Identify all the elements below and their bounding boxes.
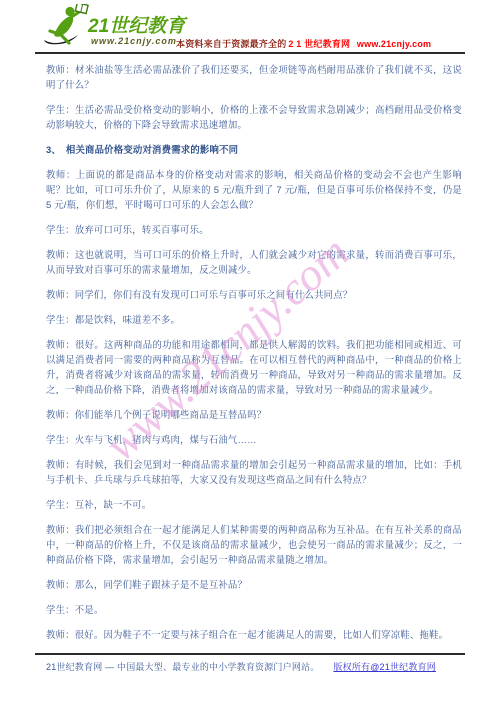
paragraph: 学生：生活必需品受价格变动的影响小，价格的上涨不会导致需求急剧减少；高档耐用品受… <box>46 102 462 132</box>
footer-divider <box>35 653 465 655</box>
paragraph: 教师：很好。因为鞋子不一定要与袜子组合在一起才能满足人的需要，比如人们穿凉鞋、拖… <box>46 627 462 642</box>
paragraph: 教师：很好。这两种商品的功能和用途都相同，都是供人解渴的饮料。我们把功能相同或相… <box>46 337 462 397</box>
paragraph: 教师：那么，同学们鞋子跟袜子是不是互补品？ <box>46 577 462 592</box>
logo-url-text: www.21cnjy.com <box>91 36 177 46</box>
copyright-link[interactable]: 版权所有@21世纪教育网 <box>333 662 436 672</box>
site-logo: 21世纪教育 www.21cnjy.com <box>42 4 192 50</box>
notice-url-link[interactable]: www.21cnjy.com <box>357 39 431 49</box>
paragraph: 学生：互补，缺一不可。 <box>46 497 462 512</box>
paragraph: 教师：这也就说明，当可口可乐的价格上升时，人们就会减少对它的需求量，转而消费百事… <box>46 247 462 277</box>
paragraph: 教师：材米油盐等生活必需品涨价了我们还要买，但金项链等高档耐用品涨价了我们就不买… <box>46 62 462 92</box>
paragraph: 学生：火车与飞机，猪肉与鸡肉，煤与石油气…… <box>46 432 462 447</box>
header-notice: 本资料来自于资源最齐全的2 1 世纪教育网 www.21cnjy.com <box>176 37 431 50</box>
section-heading: 3、 相关商品价格变动对消费需求的影响不同 <box>46 142 462 157</box>
runner-book-icon: 21世纪教育 www.21cnjy.com <box>42 4 192 50</box>
paragraph: 教师：同学们，你们有没有发现可口可乐与百事可乐之间有什么共同点？ <box>46 287 462 302</box>
paragraph: 教师：你们能举几个例子说明哪些商品是互替品吗？ <box>46 407 462 422</box>
paragraph: 学生：不是。 <box>46 602 462 617</box>
document-page: 21世纪教育 www.21cnjy.com 本资料来自于资源最齐全的2 1 世纪… <box>0 0 500 707</box>
header-divider <box>35 52 465 54</box>
notice-brand: 2 1 世纪教育网 <box>288 39 350 49</box>
footer-description: 21世纪教育网 — 中国最大型、最专业的中小学教育资源门户网站。 <box>46 662 319 672</box>
logo-brand-text: 21世纪教育 <box>87 15 188 37</box>
paragraph: 教师：上面说的都是商品本身的价格变动对需求的影响，相关商品价格的变动会不会也产生… <box>46 167 462 212</box>
paragraph: 学生：放弃可口可乐，转买百事可乐。 <box>46 222 462 237</box>
document-body: 教师：材米油盐等生活必需品涨价了我们还要买，但金项链等高档耐用品涨价了我们就不买… <box>46 62 462 652</box>
paragraph: 教师：有时候，我们会见到对一种商品需求量的增加会引起另一种商品需求量的增加，比如… <box>46 457 462 487</box>
paragraph: 教师：我们把必须组合在一起才能满足人们某种需要的两种商品称为互补品。在有互补关系… <box>46 522 462 567</box>
paragraph: 学生：都是饮料，味道差不多。 <box>46 312 462 327</box>
notice-prefix: 本资料来自于资源最齐全的 <box>176 39 286 49</box>
footer: 21世纪教育网 — 中国最大型、最专业的中小学教育资源门户网站。版权所有@21世… <box>46 660 466 673</box>
